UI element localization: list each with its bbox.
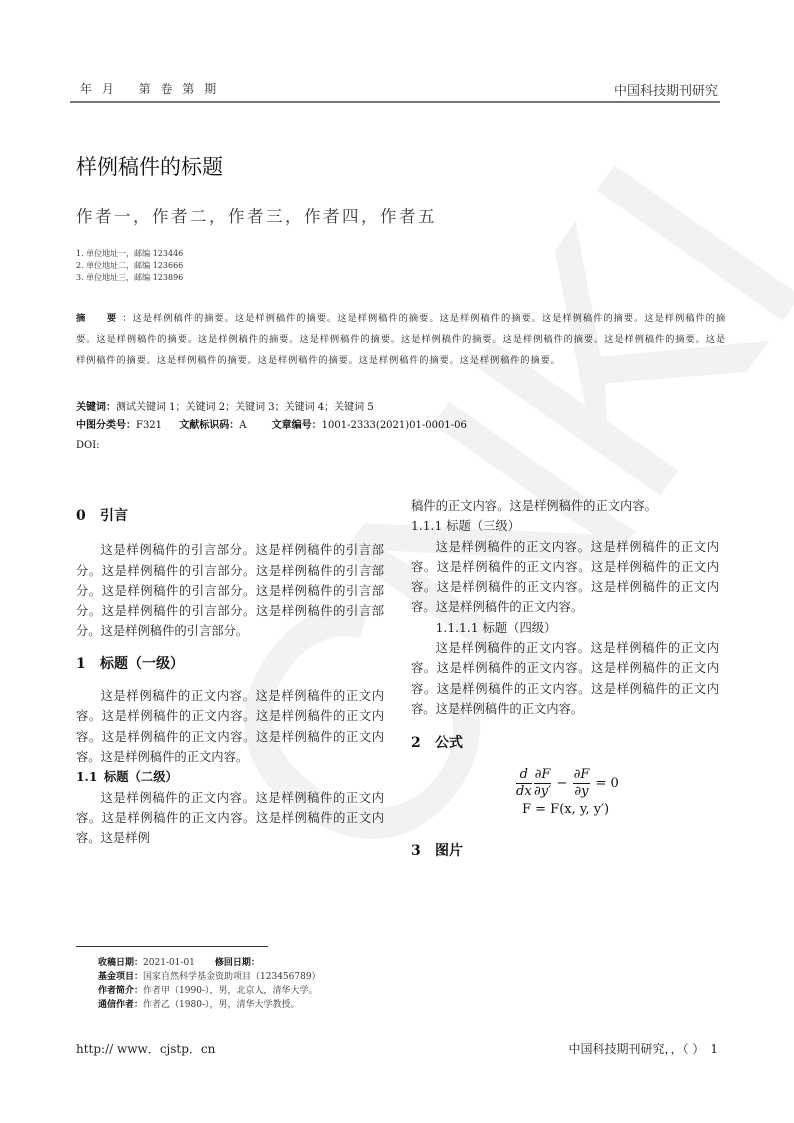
page-footer: http:// www．cjstp．cn 中国科技期刊研究，，（ ） 1 (76, 1040, 718, 1057)
header-rule (70, 101, 720, 103)
author-list: 作者一，作者二，作者三，作者四，作者五 (76, 203, 437, 227)
section-1-paragraph: 这是样例稿件的正文内容。这是样例稿件的正文内容。这是样例稿件的正文内容。这是样例… (76, 686, 384, 767)
section-1-1-paragraph: 这是样例稿件的正文内容。这是样例稿件的正文内容。这是样例稿件的正文内容。这是样例… (76, 788, 384, 849)
section-heading-0: 0引言 (76, 506, 384, 526)
affiliation-2: 2. 单位地址二，邮编 123666 (76, 260, 183, 272)
article-meta: 关键词：测试关键词 1；关键词 2；关键词 3；关键词 4；关键词 5 中图分类… (76, 399, 467, 455)
section-heading-2: 2公式 (411, 733, 719, 753)
article-no-value: 1001-2333(2021)01-0001-06 (322, 420, 467, 431)
journal-citation-page: 中国科技期刊研究，，（ ） 1 (569, 1040, 718, 1057)
article-no-label: 文章编号： (272, 420, 322, 431)
issue-info: 年 月 第 卷 第 期 (80, 80, 219, 97)
doi-line: DOI: (76, 437, 467, 455)
section-heading-1: 1标题（一级） (76, 654, 384, 674)
running-header: 年 月 第 卷 第 期 中国科技期刊研究 (76, 80, 718, 100)
author-bio-line: 作者简介：作者甲（1990-），男，北京人，清华大学。 (98, 984, 321, 998)
article-title: 样例稿件的标题 (76, 151, 223, 181)
section-heading-1-1-1: 1.1.1 标题（三级） (411, 516, 719, 536)
euler-lagrange-formula: ddx∂F∂y′ − ∂F∂y = 0 F = F(x, y, y′) (515, 767, 619, 817)
clc-value: F321 (136, 420, 162, 431)
keywords-value: 测试关键词 1；关键词 2；关键词 3；关键词 4；关键词 5 (116, 402, 374, 413)
abstract-text: ：这是样例稿件的摘要。这是样例稿件的摘要。这是样例稿件的摘要。这是样例稿件的摘要… (76, 313, 726, 366)
affiliation-1: 1. 单位地址一，邮编 123446 (76, 248, 183, 260)
keywords-line: 关键词：测试关键词 1；关键词 2；关键词 3；关键词 4；关键词 5 (76, 399, 467, 417)
footnote-rule (76, 946, 268, 947)
formula-line-2: F = F(x, y, y′) (515, 802, 619, 817)
fund-line: 基金项目：国家自然科学基金资助项目（123456789） (98, 970, 321, 984)
footnotes: 收稿日期：2021-01-01修回日期： 基金项目：国家自然科学基金资助项目（1… (98, 956, 321, 1012)
affiliation-3: 3. 单位地址三，邮编 123896 (76, 272, 183, 284)
right-column: 稿件的正文内容。这是样例稿件的正文内容。 1.1.1 标题（三级） 这是样例稿件… (411, 496, 719, 754)
corresponding-author-line: 通信作者：作者乙（1980-），男，清华大学教授。 (98, 998, 321, 1012)
clc-label: 中图分类号： (76, 420, 136, 431)
section-heading-1-1: 1.1标题（二级） (76, 767, 384, 787)
section-heading-1-1-1-1: 1.1.1.1 标题（四级） (411, 618, 719, 638)
affiliations: 1. 单位地址一，邮编 123446 2. 单位地址二，邮编 123666 3.… (76, 248, 183, 284)
formula-line-1: ddx∂F∂y′ − ∂F∂y = 0 (515, 767, 619, 800)
left-column: 0引言 这是样例稿件的引言部分。这是样例稿件的引言部分。这是样例稿件的引言部分。… (76, 506, 384, 848)
abstract-label: 摘 要 (76, 313, 122, 324)
doc-code-label: 文献标识码： (179, 420, 239, 431)
doc-code-value: A (239, 420, 246, 431)
intro-paragraph: 这是样例稿件的引言部分。这是样例稿件的引言部分。这是样例稿件的引言部分。这是样例… (76, 540, 384, 641)
section-1-1-1-1-paragraph: 这是样例稿件的正文内容。这是样例稿件的正文内容。这是样例稿件的正文内容。这是样例… (411, 638, 719, 719)
journal-url[interactable]: http:// www．cjstp．cn (76, 1042, 215, 1056)
dates-line: 收稿日期：2021-01-01修回日期： (98, 956, 321, 970)
section-1-1-continuation: 稿件的正文内容。这是样例稿件的正文内容。 (411, 496, 719, 516)
classification-line: 中图分类号：F321 文献标识码：A 文章编号：1001-2333(2021)0… (76, 417, 467, 435)
journal-name: 中国科技期刊研究 (614, 80, 718, 99)
abstract: 摘 要：这是样例稿件的摘要。这是样例稿件的摘要。这是样例稿件的摘要。这是样例稿件… (76, 308, 726, 372)
keywords-label: 关键词： (76, 402, 116, 413)
section-heading-3: 3图片 (411, 840, 463, 860)
section-1-1-1-paragraph: 这是样例稿件的正文内容。这是样例稿件的正文内容。这是样例稿件的正文内容。这是样例… (411, 537, 719, 618)
